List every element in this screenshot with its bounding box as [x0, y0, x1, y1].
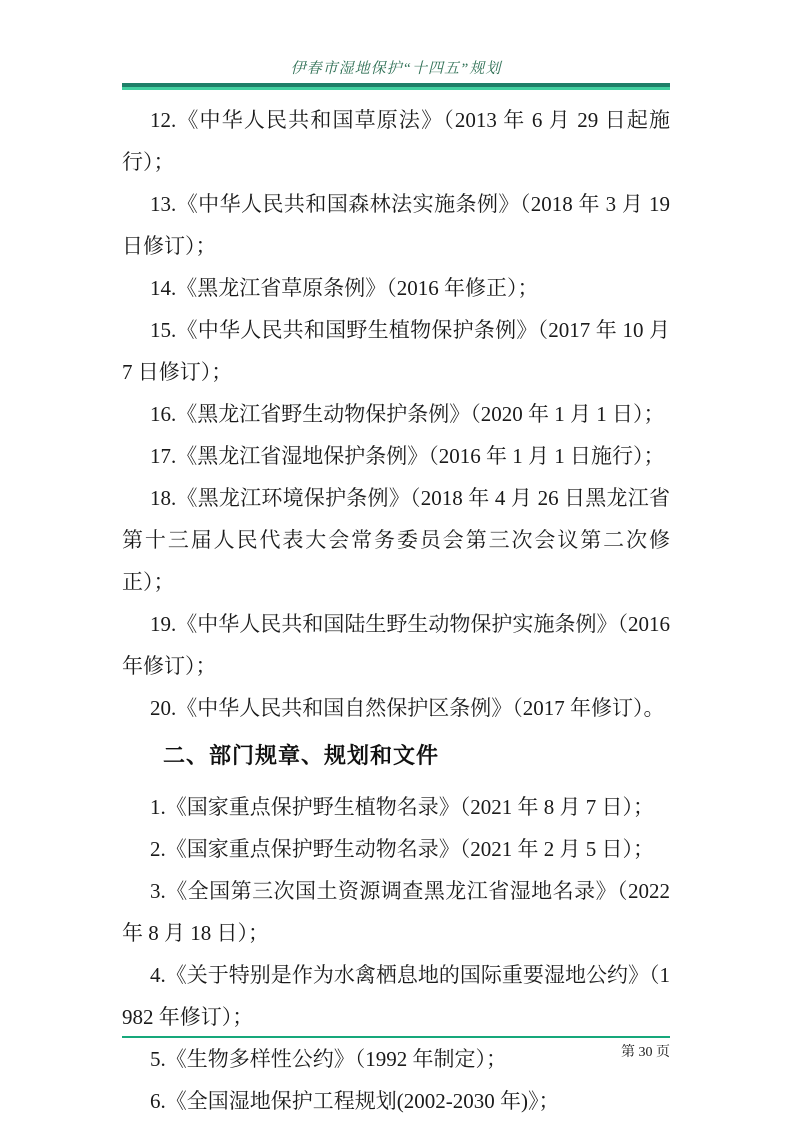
page-header: 伊春市湿地保护“十四五”规划 — [122, 0, 670, 90]
list-item-3: 3.《全国第三次国土资源调查黑龙江省湿地名录》（2022 年 8 月 18 日）… — [122, 870, 670, 954]
document-page: 伊春市湿地保护“十四五”规划 12.《中华人民共和国草原法》（2013 年 6 … — [0, 0, 793, 1122]
list-item-4: 4.《关于特别是作为水禽栖息地的国际重要湿地公约》（1982 年修订）； — [122, 954, 670, 1038]
document-body: 12.《中华人民共和国草原法》（2013 年 6 月 29 日起施行）； 13.… — [122, 99, 670, 1122]
list-item-13: 13.《中华人民共和国森林法实施条例》（2018 年 3 月 19 日修订）； — [122, 183, 670, 267]
list-item-2: 2.《国家重点保护野生动物名录》（2021 年 2 月 5 日）； — [122, 828, 670, 870]
list-item-18: 18.《黑龙江环境保护条例》（2018 年 4 月 26 日黑龙江省第十三届人民… — [122, 477, 670, 603]
list-item-16: 16.《黑龙江省野生动物保护条例》（2020 年 1 月 1 日）； — [122, 393, 670, 435]
list-item-1: 1.《国家重点保护野生植物名录》（2021 年 8 月 7 日）； — [122, 786, 670, 828]
header-rule-light-band — [122, 87, 670, 90]
footer-rule — [122, 1036, 670, 1038]
list-item-6: 6.《全国湿地保护工程规划(2002-2030 年)》； — [122, 1080, 670, 1122]
section-heading: 二、部门规章、规划和文件 — [122, 734, 670, 778]
header-rule — [122, 83, 670, 90]
list-item-19: 19.《中华人民共和国陆生野生动物保护实施条例》（2016 年修订）； — [122, 603, 670, 687]
page-footer: 第 30 页 — [122, 1036, 670, 1061]
list-item-20: 20.《中华人民共和国自然保护区条例》（2017 年修订）。 — [122, 687, 670, 729]
list-item-12: 12.《中华人民共和国草原法》（2013 年 6 月 29 日起施行）； — [122, 99, 670, 183]
document-header-title: 伊春市湿地保护“十四五”规划 — [122, 57, 670, 78]
list-item-14: 14.《黑龙江省草原条例》（2016 年修正）； — [122, 267, 670, 309]
list-item-15: 15.《中华人民共和国野生植物保护条例》（2017 年 10 月 7 日修订）； — [122, 309, 670, 393]
list-item-17: 17.《黑龙江省湿地保护条例》（2016 年 1 月 1 日施行）； — [122, 435, 670, 477]
page-number: 第 30 页 — [122, 1041, 670, 1061]
